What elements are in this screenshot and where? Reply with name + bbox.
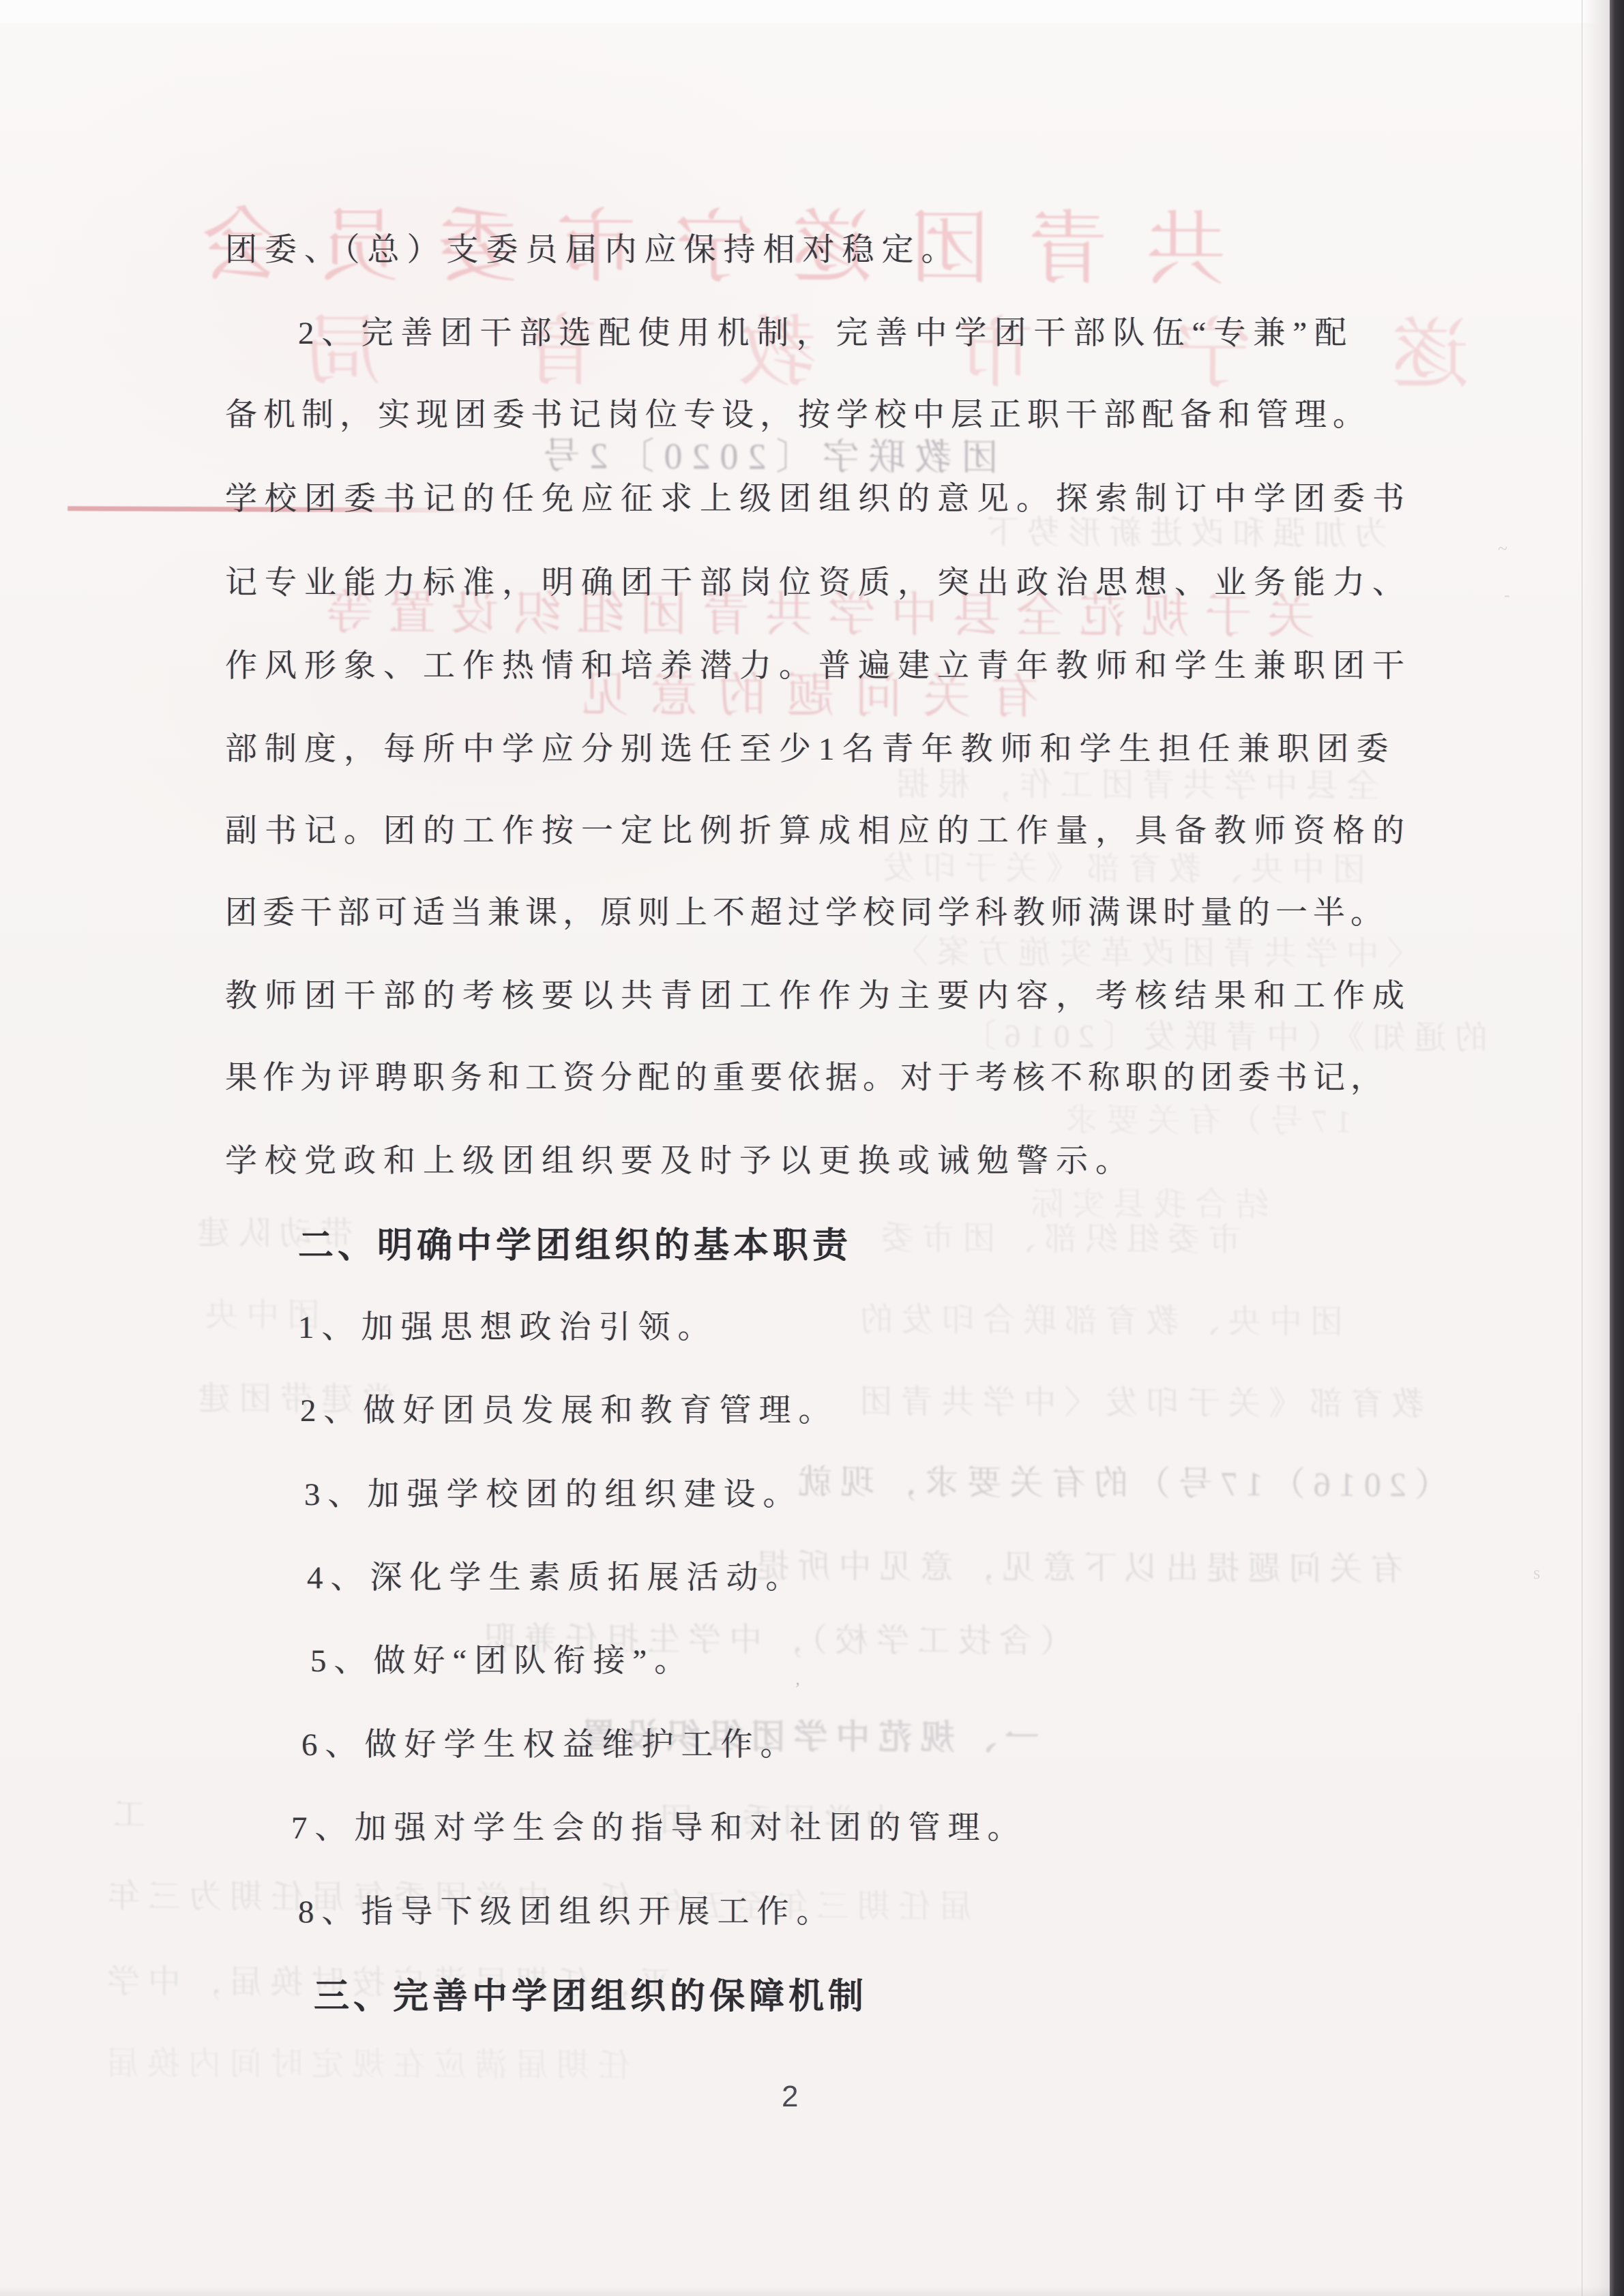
scanned-document-page: 共青团遂宁市委员会遂宁市教育局团教联字〔2020〕2号关于规范全县中学共青团组织… (0, 0, 1624, 2296)
scan-artifacts-layer: ~-ʼs (0, 0, 1624, 2296)
scanner-background-strip (1610, 0, 1624, 2296)
scan-speck: - (1504, 585, 1510, 606)
scan-speck: ʼ (795, 1679, 801, 1699)
scan-bottom-shade (0, 2286, 1624, 2296)
scan-speck: s (1533, 1563, 1540, 1583)
scan-speck: ~ (1498, 539, 1507, 559)
paper-right-edge (1582, 0, 1610, 2296)
